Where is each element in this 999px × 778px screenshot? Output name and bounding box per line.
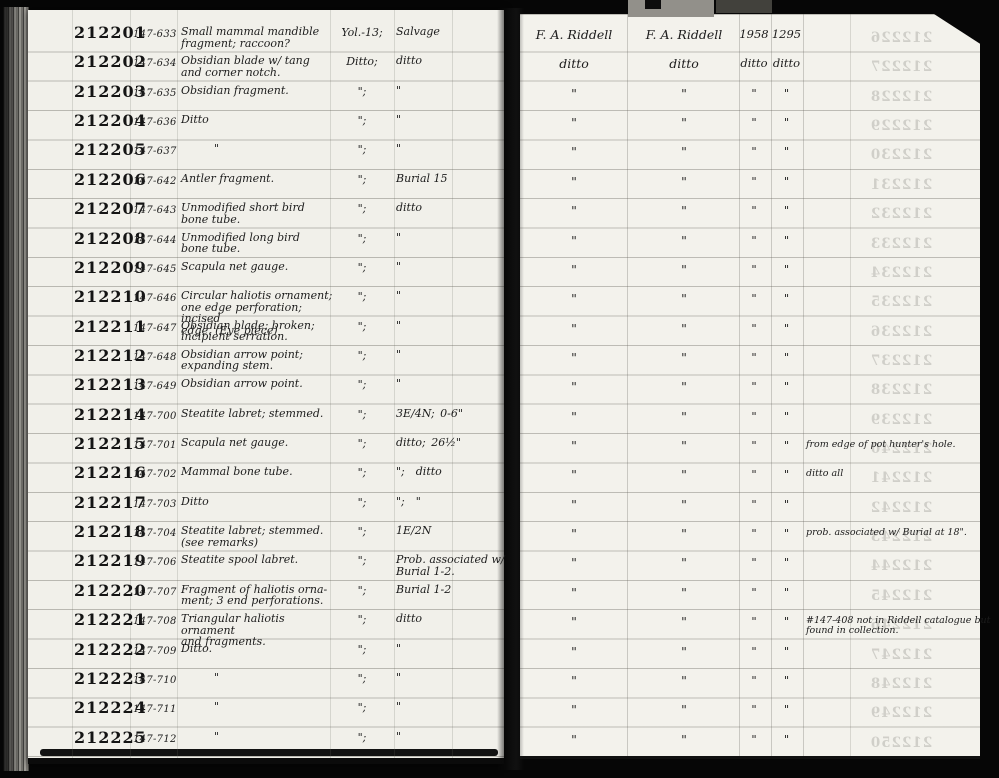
ghost-show-through-number: 212238	[836, 382, 966, 398]
provenance: "	[396, 143, 508, 155]
provenance: Burial 1-2	[396, 584, 508, 596]
description: "	[181, 731, 336, 743]
donor: "	[632, 673, 736, 688]
ghost-show-through-number: 212248	[836, 676, 966, 692]
accession-number: "	[771, 379, 802, 393]
field-number: 147-648	[133, 352, 177, 363]
accession-number: "	[771, 585, 802, 599]
ghost-show-through-number: 212235	[836, 294, 966, 310]
date: "	[738, 526, 770, 540]
ledger-row: 212231 212206 147-642 Antler fragment. "…	[0, 171, 999, 201]
site-designation: ";	[332, 261, 392, 274]
field-number: 147-637	[133, 146, 177, 157]
ledger-row: 212234 212209 147-645 Scapula net gauge.…	[0, 259, 999, 289]
date: "	[738, 644, 770, 658]
date: "	[738, 115, 770, 129]
description: Ditto.	[181, 643, 336, 655]
ghost-show-through-number: 212250	[836, 735, 966, 751]
collector: "	[524, 115, 624, 130]
collector: "	[524, 262, 624, 277]
date: "	[738, 673, 770, 687]
remarks: ditto all	[806, 469, 998, 479]
collector: "	[524, 144, 624, 159]
ledger-row: 212249 212224 147-711 " "; " " " " "	[0, 699, 999, 729]
donor: "	[632, 233, 736, 248]
ledger-row: 212235 212210 147-646 Circular haliotis …	[0, 288, 999, 318]
ledger-row: 212244 212219 147-706 Steatite spool lab…	[0, 552, 999, 582]
accession-number: "	[771, 86, 802, 100]
remarks: #147-408 not in Riddell catalogue but fo…	[806, 616, 998, 636]
ledger-row: 212241 212216 147-702 Mammal bone tube. …	[0, 464, 999, 494]
description: Steatite spool labret.	[181, 554, 336, 566]
site-designation: Yol.-13;	[332, 26, 392, 39]
field-number: 147-703	[133, 499, 177, 510]
ghost-show-through-number: 212231	[836, 177, 966, 193]
provenance: "	[396, 320, 508, 332]
accession-number: "	[771, 526, 802, 540]
ledger-row: 212237 212212 147-648 Obsidian arrow poi…	[0, 347, 999, 377]
site-designation: ";	[332, 525, 392, 538]
accession-number: "	[771, 555, 802, 569]
accession-number: "	[771, 233, 802, 247]
collector: "	[524, 321, 624, 336]
site-designation: Ditto;	[332, 55, 392, 68]
provenance: 1E/2N	[396, 525, 508, 537]
description: Steatite labret; stemmed. (see remarks)	[181, 525, 336, 548]
field-number: 147-707	[133, 587, 177, 598]
site-designation: ";	[332, 202, 392, 215]
accession-number: "	[771, 732, 802, 746]
donor: "	[632, 702, 736, 717]
ghost-show-through-number: 212247	[836, 647, 966, 663]
accession-number: ditto	[771, 56, 802, 70]
ledger-row: 212242 212217 147-703 Ditto "; "; " " " …	[0, 494, 999, 524]
provenance: "	[396, 672, 508, 684]
provenance: "	[396, 232, 508, 244]
accession-number: 1295	[771, 27, 802, 41]
site-designation: ";	[332, 584, 392, 597]
collector: "	[524, 174, 624, 189]
accession-number: "	[771, 291, 802, 305]
field-number: 147-642	[133, 176, 177, 187]
accession-number: "	[771, 321, 802, 335]
donor: "	[632, 86, 736, 101]
provenance: "; "	[396, 496, 508, 508]
donor: "	[632, 732, 736, 747]
field-number: 147-636	[133, 117, 177, 128]
date: "	[738, 203, 770, 217]
donor: "	[632, 585, 736, 600]
date: "	[738, 291, 770, 305]
accession-number: "	[771, 203, 802, 217]
site-designation: ";	[332, 731, 392, 744]
provenance: 3E/4N; 0-6"	[396, 408, 508, 420]
description: Obsidian arrow point.	[181, 378, 336, 390]
date: "	[738, 262, 770, 276]
site-designation: ";	[332, 554, 392, 567]
accession-number: "	[771, 702, 802, 716]
description: Obsidian blade; broken; incipient serrat…	[181, 320, 336, 343]
donor: "	[632, 174, 736, 189]
field-number: 147-635	[133, 88, 177, 99]
description: Antler fragment.	[181, 173, 336, 185]
description: Fragment of haliotis orna- ment; 3 end p…	[181, 584, 336, 607]
donor: F. A. Riddell	[632, 27, 736, 42]
date: "	[738, 497, 770, 511]
field-number: 147-643	[133, 205, 177, 216]
ghost-show-through-number: 212244	[836, 558, 966, 574]
provenance: "	[396, 378, 508, 390]
ledger-row: 212227 212202 147-634 Obsidian blade w/ …	[0, 53, 999, 83]
ledger-row: 212248 212223 147-710 " "; " " " " "	[0, 670, 999, 700]
donor: ditto	[632, 56, 736, 71]
ghost-show-through-number: 212236	[836, 324, 966, 340]
collector: "	[524, 409, 624, 424]
donor: "	[632, 497, 736, 512]
provenance: ditto	[396, 55, 508, 67]
description: Obsidian fragment.	[181, 85, 336, 97]
field-number: 147-647	[133, 323, 177, 334]
field-number: 147-700	[133, 411, 177, 422]
ledger-row: 212240 212215 147-701 Scapula net gauge.…	[0, 435, 999, 465]
date: "	[738, 379, 770, 393]
ghost-show-through-number: 212230	[836, 147, 966, 163]
site-designation: ";	[332, 643, 392, 656]
provenance: "; ditto	[396, 466, 508, 478]
ledger-rows: 212226 212201 147-633 Small mammal mandi…	[0, 0, 999, 778]
collector: "	[524, 233, 624, 248]
field-number: 147-709	[133, 646, 177, 657]
ghost-show-through-number: 212237	[836, 353, 966, 369]
accession-number: "	[771, 438, 802, 452]
accession-number: "	[771, 644, 802, 658]
provenance: "	[396, 701, 508, 713]
ledger-row: 212239 212214 147-700 Steatite labret; s…	[0, 406, 999, 436]
collector: "	[524, 673, 624, 688]
ghost-show-through-number: 212249	[836, 705, 966, 721]
site-designation: ";	[332, 173, 392, 186]
accession-number: "	[771, 262, 802, 276]
ledger-row: 212232 212207 147-643 Unmodified short b…	[0, 200, 999, 230]
collector: "	[524, 732, 624, 747]
donor: "	[632, 291, 736, 306]
donor: "	[632, 115, 736, 130]
donor: "	[632, 526, 736, 541]
donor: "	[632, 379, 736, 394]
collector: "	[524, 86, 624, 101]
donor: "	[632, 555, 736, 570]
date: "	[738, 409, 770, 423]
ghost-show-through-number: 212232	[836, 206, 966, 222]
ledger-row: 212233 212208 147-644 Unmodified long bi…	[0, 230, 999, 260]
site-designation: ";	[332, 232, 392, 245]
field-number: 147-646	[133, 293, 177, 304]
ledger-row: 212238 212213 147-649 Obsidian arrow poi…	[0, 376, 999, 406]
accession-number: "	[771, 174, 802, 188]
field-number: 147-645	[133, 264, 177, 275]
description: Steatite labret; stemmed.	[181, 408, 336, 420]
description: Obsidian blade w/ tang and corner notch.	[181, 55, 336, 78]
provenance: "	[396, 731, 508, 743]
ghost-show-through-number: 212233	[836, 236, 966, 252]
site-designation: ";	[332, 143, 392, 156]
provenance: "	[396, 114, 508, 126]
ledger-row: 212245 212220 147-707 Fragment of haliot…	[0, 582, 999, 612]
collector: "	[524, 379, 624, 394]
accession-number: "	[771, 409, 802, 423]
site-designation: ";	[332, 320, 392, 333]
site-designation: ";	[332, 466, 392, 479]
collector: "	[524, 614, 624, 629]
date: "	[738, 86, 770, 100]
donor: "	[632, 350, 736, 365]
remarks: from edge of pot hunter's hole.	[806, 440, 998, 450]
donor: "	[632, 409, 736, 424]
date: "	[738, 555, 770, 569]
provenance: "	[396, 643, 508, 655]
ledger-row: 212246 212221 147-708 Triangular halioti…	[0, 611, 999, 641]
provenance: Salvage	[396, 26, 508, 38]
field-number: 147-712	[133, 734, 177, 745]
ghost-show-through-number: 212242	[836, 500, 966, 516]
description: Ditto	[181, 496, 336, 508]
ledger-row: 212226 212201 147-633 Small mammal mandi…	[0, 24, 999, 54]
ledger-row: 212228 212203 147-635 Obsidian fragment.…	[0, 83, 999, 113]
site-designation: ";	[332, 613, 392, 626]
collector: "	[524, 526, 624, 541]
ledger-row: 212236 212211 147-647 Obsidian blade; br…	[0, 318, 999, 348]
site-designation: ";	[332, 85, 392, 98]
date: "	[738, 702, 770, 716]
donor: "	[632, 614, 736, 629]
collector: "	[524, 350, 624, 365]
field-number: 147-644	[133, 235, 177, 246]
description: Unmodified long bird bone tube.	[181, 232, 336, 255]
field-number: 147-633	[133, 29, 177, 40]
site-designation: ";	[332, 408, 392, 421]
date: "	[738, 321, 770, 335]
accession-number: "	[771, 497, 802, 511]
collector: "	[524, 291, 624, 306]
description: Scapula net gauge.	[181, 437, 336, 449]
field-number: 147-704	[133, 528, 177, 539]
accession-number: "	[771, 673, 802, 687]
collector: "	[524, 467, 624, 482]
collector: "	[524, 555, 624, 570]
field-number: 147-710	[133, 675, 177, 686]
site-designation: ";	[332, 114, 392, 127]
site-designation: ";	[332, 496, 392, 509]
provenance: "	[396, 85, 508, 97]
field-number: 147-649	[133, 381, 177, 392]
ghost-show-through-number: 212234	[836, 265, 966, 281]
ledger-row: 212243 212218 147-704 Steatite labret; s…	[0, 523, 999, 553]
date: "	[738, 614, 770, 628]
ghost-show-through-number: 212245	[836, 588, 966, 604]
provenance: Prob. associated w/ Burial 1-2.	[396, 554, 508, 578]
provenance: "	[396, 349, 508, 361]
provenance: Burial 15	[396, 173, 508, 185]
donor: "	[632, 203, 736, 218]
site-designation: ";	[332, 437, 392, 450]
donor: "	[632, 321, 736, 336]
collector: "	[524, 585, 624, 600]
description: "	[181, 701, 336, 713]
date: "	[738, 350, 770, 364]
accession-number: "	[771, 115, 802, 129]
date: "	[738, 233, 770, 247]
donor: "	[632, 644, 736, 659]
site-designation: ";	[332, 701, 392, 714]
field-number: 147-634	[133, 58, 177, 69]
collector: "	[524, 203, 624, 218]
date: "	[738, 144, 770, 158]
collector: "	[524, 438, 624, 453]
donor: "	[632, 467, 736, 482]
description: Unmodified short bird bone tube.	[181, 202, 336, 225]
description: Mammal bone tube.	[181, 466, 336, 478]
date: "	[738, 732, 770, 746]
date: "	[738, 438, 770, 452]
donor: "	[632, 144, 736, 159]
field-number: 147-701	[133, 440, 177, 451]
collector: "	[524, 497, 624, 512]
provenance: ditto	[396, 613, 508, 625]
site-designation: ";	[332, 290, 392, 303]
site-designation: ";	[332, 349, 392, 362]
field-number: 147-706	[133, 557, 177, 568]
date: "	[738, 174, 770, 188]
ledger-row: 212229 212204 147-636 Ditto "; " " " " "	[0, 112, 999, 142]
field-number: 147-708	[133, 616, 177, 627]
accession-number: "	[771, 467, 802, 481]
description: Small mammal mandible fragment; raccoon?	[181, 26, 336, 49]
collector: F. A. Riddell	[524, 27, 624, 42]
site-designation: ";	[332, 378, 392, 391]
description: Obsidian arrow point; expanding stem.	[181, 349, 336, 372]
description: "	[181, 143, 336, 155]
site-designation: ";	[332, 672, 392, 685]
field-number: 147-711	[133, 704, 177, 715]
ghost-show-through-number: 212239	[836, 412, 966, 428]
description: Ditto	[181, 114, 336, 126]
provenance: "	[396, 261, 508, 273]
provenance: ditto	[396, 202, 508, 214]
provenance: "	[396, 290, 508, 302]
collector: "	[524, 702, 624, 717]
donor: "	[632, 438, 736, 453]
date: "	[738, 585, 770, 599]
date: "	[738, 467, 770, 481]
ghost-show-through-number: 212229	[836, 118, 966, 134]
ledger-row: 212230 212205 147-637 " "; " " " " "	[0, 141, 999, 171]
description: "	[181, 672, 336, 684]
ledger-spread: 212226 212201 147-633 Small mammal mandi…	[0, 0, 999, 778]
provenance: ditto; 26½"	[396, 437, 508, 449]
date: ditto	[738, 56, 770, 70]
field-number: 147-702	[133, 469, 177, 480]
ghost-show-through-number: 212226	[836, 30, 966, 46]
accession-number: "	[771, 350, 802, 364]
ghost-show-through-number: 212227	[836, 59, 966, 75]
description: Scapula net gauge.	[181, 261, 336, 273]
ledger-row: 212250 212225 147-712 " "; " " " " "	[0, 729, 999, 759]
ledger-row: 212247 212222 147-709 Ditto. "; " " " " …	[0, 641, 999, 671]
accession-number: "	[771, 614, 802, 628]
remarks: prob. associated w/ Burial at 18".	[806, 528, 998, 538]
accession-number: "	[771, 144, 802, 158]
collector: "	[524, 644, 624, 659]
date: 1958	[738, 27, 770, 41]
collector: ditto	[524, 56, 624, 71]
ghost-show-through-number: 212228	[836, 89, 966, 105]
donor: "	[632, 262, 736, 277]
